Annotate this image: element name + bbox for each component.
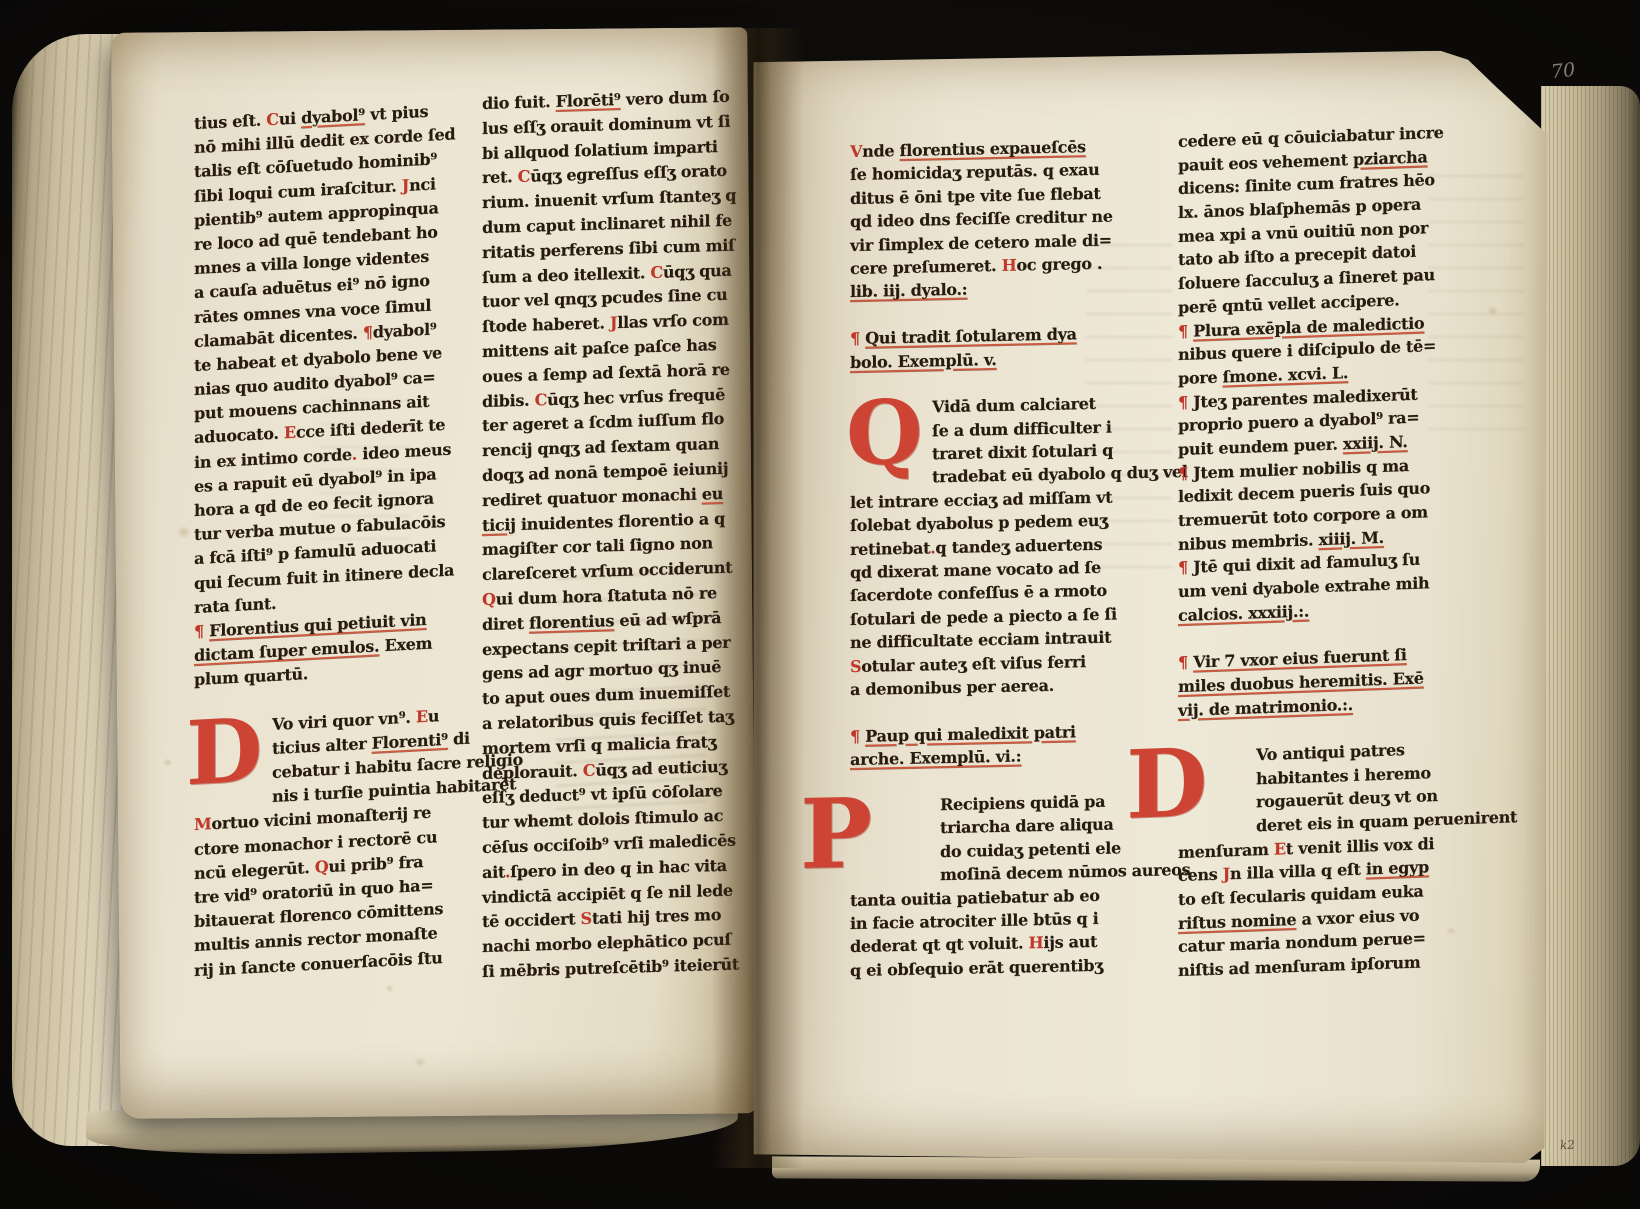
red-underlined-text: florentius bbox=[529, 611, 614, 633]
right-page-column-2: cedere eū q cōuiciabatur increpauit eos … bbox=[1178, 121, 1428, 982]
rubricated-letters: J bbox=[1223, 864, 1230, 883]
rubricated-letters: ¶ bbox=[1178, 463, 1188, 482]
red-underlined-text: arche. Exemplū. vi.: bbox=[850, 747, 1021, 770]
red-underlined-text: dyabol⁹ bbox=[301, 105, 365, 127]
red-underlined-text: lib. iij. dyalo.: bbox=[850, 280, 967, 301]
rubricated-letters: C bbox=[266, 110, 278, 130]
rubricated-letters: ¶ bbox=[1178, 558, 1188, 577]
drop-cap-initial: Q bbox=[846, 396, 932, 468]
red-underlined-text: xxiij. N. bbox=[1343, 432, 1408, 453]
rubricated-letters: Q bbox=[315, 857, 329, 877]
red-underlined-text: calcios. xxxiij.:. bbox=[1178, 601, 1309, 625]
left-page-column-2: dio fuit. Florēti⁹ vero dum ſolus eſſʒ o… bbox=[482, 85, 730, 985]
rubricated-letters: ¶ bbox=[1178, 653, 1188, 672]
drop-cap-initial: D bbox=[1126, 743, 1256, 819]
right-page-column-1: Vnde florentius expaueſcēsſe homicidaʒ r… bbox=[850, 135, 1108, 982]
rubricated-letters: ¶ bbox=[850, 329, 860, 348]
rubricated-letters: C bbox=[650, 262, 662, 281]
red-underlined-text: florentius expaueſcēs bbox=[900, 137, 1086, 160]
red-underlined-text: in egyp bbox=[1366, 858, 1429, 879]
rubricated-letters: . bbox=[505, 862, 510, 881]
rubricated-letters: J bbox=[610, 313, 617, 332]
left-page-column-1: tius eſt. Cui dyabol⁹ vt piusnō mihi ill… bbox=[194, 99, 446, 983]
folio-number: 70 bbox=[1550, 59, 1576, 83]
rubricated-letters: H bbox=[1028, 933, 1043, 952]
rubricated-letters: M bbox=[194, 815, 211, 835]
rubricated-letters: E bbox=[416, 706, 428, 726]
rubricated-letters: ¶ bbox=[194, 621, 204, 641]
red-underlined-text: Florenti⁹ bbox=[372, 730, 448, 753]
rubricated-letters: S bbox=[850, 656, 861, 675]
rubricated-letters: ¶ bbox=[1178, 321, 1188, 340]
rubricated-letters: C bbox=[535, 390, 547, 409]
rubricated-letters: Q bbox=[482, 590, 496, 609]
red-underlined-text: xiiij. M. bbox=[1319, 528, 1384, 549]
rubricated-letters: . bbox=[930, 538, 935, 557]
red-underlined-text: riſtus nomine bbox=[1178, 910, 1296, 933]
rubricated-letters: ¶ bbox=[850, 727, 860, 746]
red-underlined-text: Florēti⁹ bbox=[556, 90, 621, 111]
rubricated-letters: . bbox=[352, 444, 357, 463]
drop-cap-initial: P bbox=[800, 793, 940, 866]
rubricated-letters: S bbox=[581, 909, 592, 928]
red-underlined-text: pziarcha bbox=[1353, 147, 1428, 169]
red-underlined-text: Qui tradit ſotularem dya bbox=[865, 324, 1076, 347]
rubricated-letters: E bbox=[1274, 839, 1286, 858]
right-fore-edge bbox=[1541, 86, 1640, 1166]
rubricated-letters: V bbox=[850, 142, 862, 161]
red-underlined-text: eu bbox=[702, 484, 723, 504]
book-photo: tius eſt. Cui dyabol⁹ vt piusnō mihi ill… bbox=[0, 0, 1640, 1209]
rubricated-letters: ¶ bbox=[363, 322, 373, 342]
red-underlined-text: vij. de matrimonio.:. bbox=[1178, 694, 1353, 719]
red-underlined-text: ſmone. xcvi. L. bbox=[1223, 363, 1349, 386]
red-underlined-text: ticij bbox=[482, 515, 516, 535]
red-underlined-text: Paup qui maledixit patri bbox=[865, 722, 1075, 745]
rubricated-letters: ¶ bbox=[1178, 392, 1188, 411]
red-underlined-text: bolo. Exemplū. v. bbox=[850, 349, 997, 371]
rubricated-letters: J bbox=[402, 175, 409, 194]
rubricated-letters: C bbox=[583, 760, 595, 779]
drop-cap-initial: D bbox=[186, 713, 272, 790]
rubricated-letters: C bbox=[518, 167, 530, 186]
rubricated-letters: E bbox=[284, 423, 296, 443]
signature-mark: k2 bbox=[1560, 1137, 1576, 1152]
rubricated-letters: H bbox=[1002, 255, 1017, 274]
